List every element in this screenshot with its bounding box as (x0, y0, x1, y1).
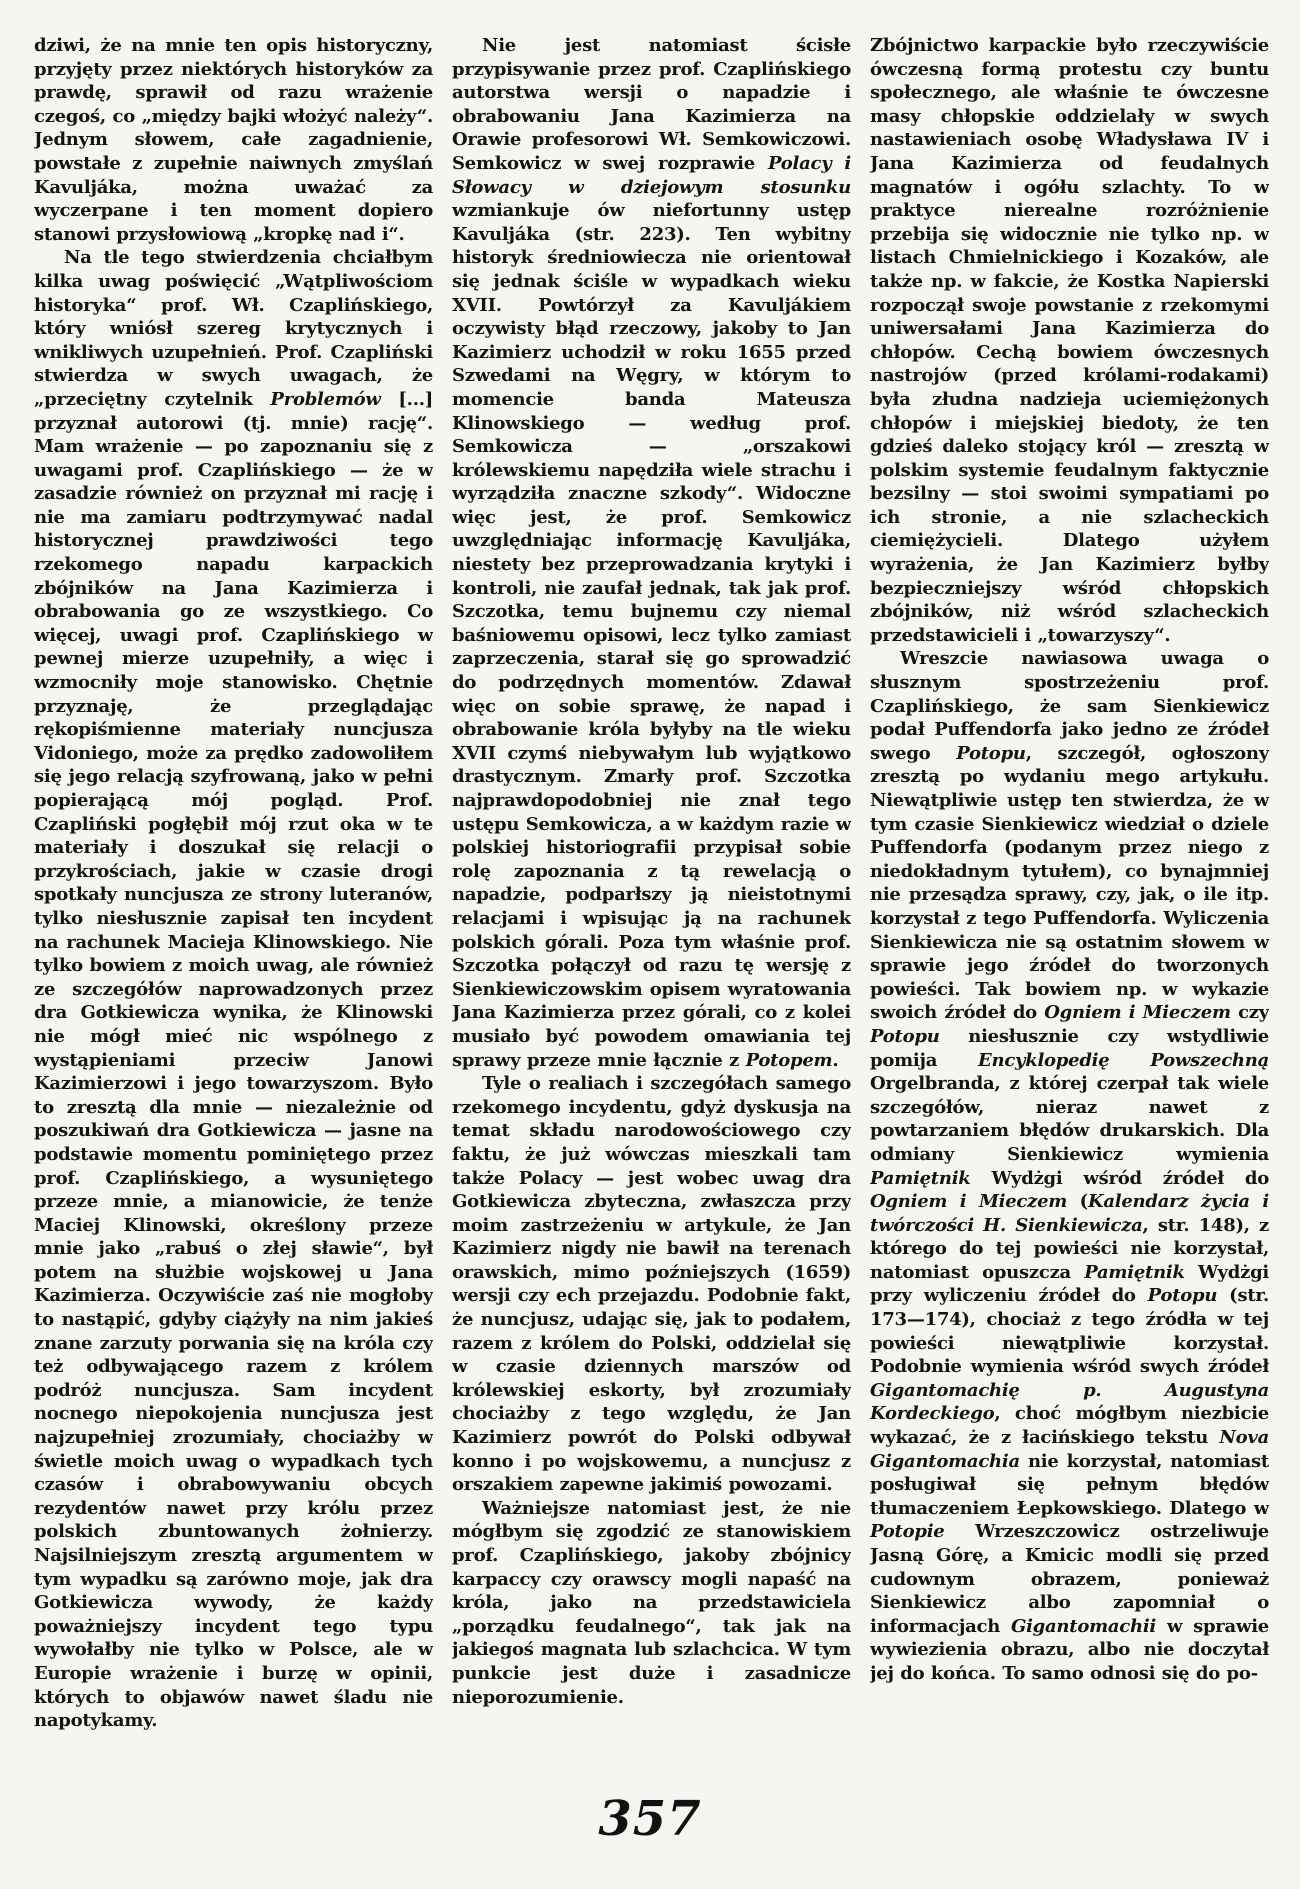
italic-text-run: Potopu (956, 743, 1026, 764)
text-run: Wydżgi wśród źródeł do (971, 1168, 1269, 1189)
text-column-2: Nie jest natomiast ścisłe przypisywanie … (452, 34, 851, 1746)
text-run: Ważniejsze natomiast jest, że nie mógłby… (452, 1498, 851, 1708)
italic-text-run: Potopu (1148, 1285, 1218, 1306)
italic-text-run: Pamiętnik (870, 1168, 971, 1189)
italic-text-run: Ogniem i Mieczem (870, 1191, 1067, 1212)
italic-text-run: Potopu (870, 1026, 940, 1047)
italic-text-run: Problemów (270, 389, 380, 410)
italic-text-run: Ogniem i Mieczem (1044, 1002, 1231, 1023)
text-run: Tyle o realiach i szczegółach samego rze… (452, 1073, 851, 1495)
text-run: Na tle tego stwierdzenia chciałbym kilka… (34, 247, 433, 410)
italic-text-run: Pamiętnik (1084, 1262, 1185, 1283)
page-number: 357 (0, 1791, 1300, 1847)
paragraph: Wreszcie nawiasowa uwaga o słusznym spos… (870, 647, 1269, 1685)
text-run: . (832, 1050, 838, 1071)
text-run: ( (1067, 1191, 1088, 1212)
text-run: Orgelbranda, z której czerpał tak wiele … (870, 1073, 1269, 1165)
paragraph: Nie jest natomiast ścisłe przypisywanie … (452, 34, 851, 1072)
text-columns: dziwi, że na mnie ten opis historyczny, … (0, 0, 1300, 1746)
italic-text-run: Encyklopedię Powszechną (978, 1050, 1269, 1071)
text-run: [...] przyznał autorowi (tj. mnie) rację… (34, 389, 433, 1731)
paragraph: Na tle tego stwierdzenia chciałbym kilka… (34, 246, 433, 1732)
paragraph: dziwi, że na mnie ten opis historyczny, … (34, 34, 433, 246)
paragraph: Zbójnictwo karpackie było rzeczywiście ó… (870, 34, 1269, 647)
text-column-3: Zbójnictwo karpackie było rzeczywiście ó… (870, 34, 1269, 1746)
text-run: dziwi, że na mnie ten opis historyczny, … (34, 35, 433, 245)
italic-text-run: Potopem (746, 1050, 833, 1071)
document-page: dziwi, że na mnie ten opis historyczny, … (0, 0, 1300, 1889)
text-run: , szczegół, ogłoszony zresztą po wydaniu… (870, 743, 1269, 1024)
italic-text-run: Potopie (870, 1521, 945, 1542)
paragraph: Ważniejsze natomiast jest, że nie mógłby… (452, 1497, 851, 1709)
italic-text-run: Gigantomachii (1011, 1616, 1156, 1637)
text-run: czy (1231, 1002, 1269, 1023)
text-run: wzmiankuje ów niefortunny ustęp Kavulják… (452, 200, 851, 1070)
text-run: Zbójnictwo karpackie było rzeczywiście ó… (870, 35, 1269, 646)
text-column-1: dziwi, że na mnie ten opis historyczny, … (34, 34, 433, 1746)
paragraph: Tyle o realiach i szczegółach samego rze… (452, 1072, 851, 1497)
